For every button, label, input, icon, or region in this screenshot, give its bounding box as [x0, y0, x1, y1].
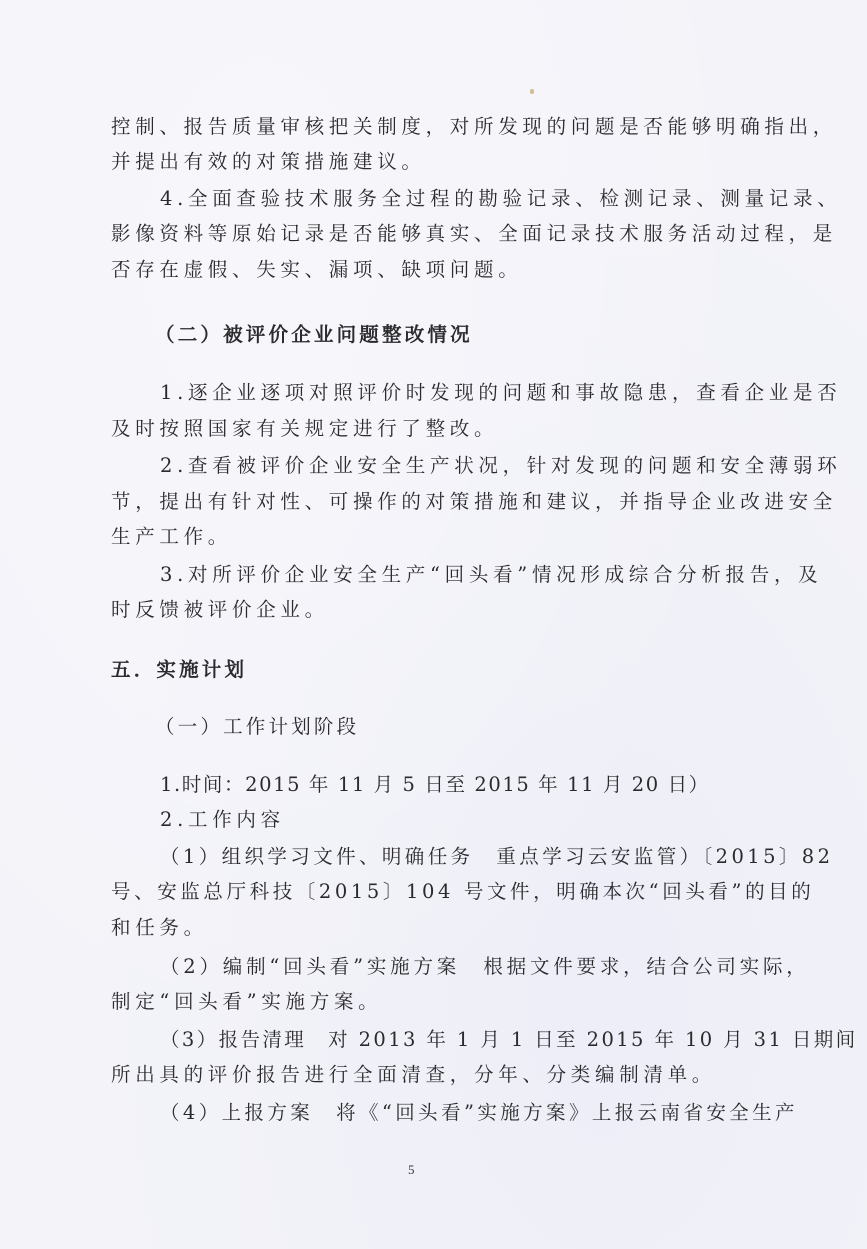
paragraph-line: 生产工作。: [111, 525, 731, 549]
time-line: 1.时间：2015 年 11 月 5 日至 2015 年 11 月 20 日）: [160, 773, 780, 797]
paragraph-line: 所出具的评价报告进行全面清查，分年、分类编制清单。: [111, 1063, 731, 1087]
paragraph-line: （1）组织学习文件、明确任务 重点学习云安监管）〔2015〕82: [160, 845, 780, 869]
paragraph-line: 4.全面查验技术服务全过程的勘验记录、检测记录、测量记录、: [160, 187, 780, 211]
paragraph-line: 控制、报告质量审核把关制度，对所发现的问题是否能够明确指出，: [111, 115, 731, 139]
scan-speck: [530, 89, 534, 94]
paragraph-line: （4）上报方案 将《“回头看”实施方案》上报云南省安全生产: [160, 1101, 780, 1125]
paragraph-line: 节，提出有针对性、可操作的对策措施和建议，并指导企业改进安全: [111, 490, 731, 514]
chapter-heading: 五．实施计划: [111, 658, 731, 682]
paragraph-line: 影像资料等原始记录是否能够真实、全面记录技术服务活动过程，是: [111, 222, 731, 246]
paragraph-line: （2）编制“回头看”实施方案 根据文件要求，结合公司实际，: [160, 955, 780, 979]
paragraph-line: 否存在虚假、失实、漏项、缺项问题。: [111, 258, 731, 282]
paragraph-line: 及时按照国家有关规定进行了整改。: [111, 417, 731, 441]
paragraph-line: 1.逐企业逐项对照评价时发现的问题和事故隐患，查看企业是否: [160, 381, 780, 405]
subsection-label: 2.工作内容: [160, 808, 780, 832]
paragraph-line: 和任务。: [111, 916, 731, 940]
paragraph-line: 号、安监总厅科技〔2015〕104 号文件，明确本次“回头看”的目的: [111, 880, 731, 904]
paragraph-line: 2.查看被评价企业安全生产状况，针对发现的问题和安全薄弱环: [160, 454, 780, 478]
section-heading: （一）工作计划阶段: [155, 715, 775, 739]
paragraph-line: 时反馈被评价企业。: [111, 598, 731, 622]
paragraph-line: 并提出有效的对策措施建议。: [111, 150, 731, 174]
paragraph-line: 制定“回头看”实施方案。: [111, 990, 731, 1014]
page-number: 5: [408, 1162, 415, 1178]
paragraph-line: 3.对所评价企业安全生产“回头看”情况形成综合分析报告，及: [160, 563, 780, 587]
section-heading: （二）被评价企业问题整改情况: [155, 323, 775, 347]
document-page: 控制、报告质量审核把关制度，对所发现的问题是否能够明确指出， 并提出有效的对策措…: [0, 0, 867, 1249]
paragraph-line: （3）报告清理 对 2013 年 1 月 1 日至 2015 年 10 月 31…: [160, 1028, 780, 1052]
